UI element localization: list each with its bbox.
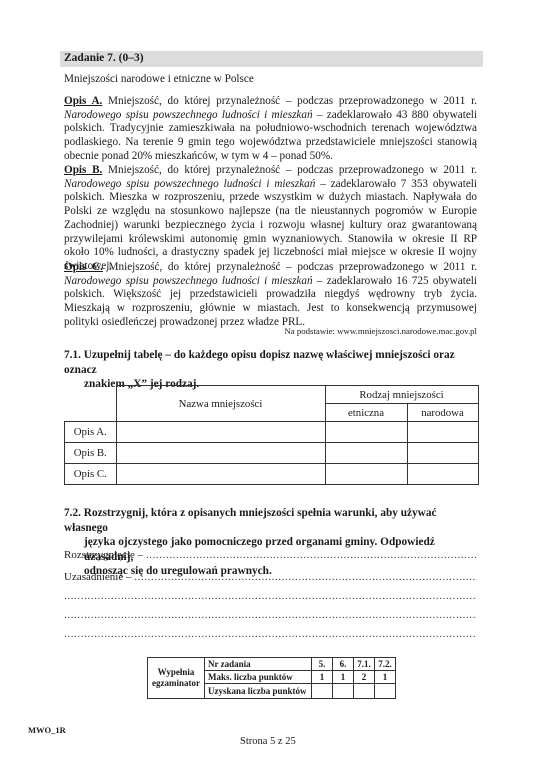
description-a-label: Opis A. [64, 95, 102, 107]
answer-line[interactable]: ........................................… [64, 590, 477, 602]
table-row: Opis A. [65, 422, 479, 443]
description-b-label: Opis B. [64, 164, 102, 176]
name-cell[interactable] [116, 464, 325, 485]
national-cell[interactable] [407, 443, 478, 464]
exam-code: MWO_1R [28, 725, 66, 735]
table-row: Opis C. [65, 464, 479, 485]
ethnic-cell[interactable] [325, 464, 407, 485]
obtained-points-cell[interactable] [312, 684, 333, 699]
national-cell[interactable] [407, 464, 478, 485]
name-cell[interactable] [116, 422, 325, 443]
task-number-label: Nr zadania [205, 658, 312, 671]
col-header-group: Rodzaj mniejszości [325, 386, 478, 404]
ethnic-cell[interactable] [325, 443, 407, 464]
obtained-points-cell[interactable] [354, 684, 375, 699]
row-label: Opis C. [65, 464, 117, 485]
question-7-2: 7.2. Rozstrzygnij, która z opisanych mni… [64, 506, 480, 579]
table-row: Opis B. [65, 443, 479, 464]
col-header-name: Nazwa mniejszości [116, 386, 325, 422]
name-cell[interactable] [116, 443, 325, 464]
max-points-label: Maks. liczba punktów [205, 671, 312, 684]
ethnic-cell[interactable] [325, 422, 407, 443]
page-number: Strona 5 z 25 [240, 736, 296, 747]
national-cell[interactable] [407, 422, 478, 443]
obtained-points-label: Uzyskana liczba punktów [205, 684, 312, 699]
answer-table: Nazwa mniejszości Rodzaj mniejszości etn… [64, 385, 479, 485]
row-label: Opis B. [65, 443, 117, 464]
task-intro: Mniejszości narodowe i etniczne w Polsce [64, 73, 254, 85]
description-c: Opis C. Mniejszość, do której przynależn… [64, 261, 477, 330]
answer-line[interactable]: ........................................… [64, 628, 477, 640]
examiner-label: Wypełnia egzaminator [148, 658, 205, 699]
description-a: Opis A. Mniejszość, do której przynależn… [64, 95, 477, 164]
resolution-answer-line[interactable]: Rozstrzygnięcie – ......................… [64, 549, 477, 561]
obtained-points-cell[interactable] [375, 684, 396, 699]
answer-line[interactable]: ........................................… [64, 609, 477, 621]
row-label: Opis A. [65, 422, 117, 443]
examiner-table: Wypełnia egzaminator Nr zadania 5. 6. 7.… [147, 657, 396, 699]
col-header-national: narodowa [407, 404, 478, 422]
source-citation: Na podstawie: www.mniejszosci.narodowe.m… [284, 326, 477, 336]
description-b: Opis B. Mniejszość, do której przynależn… [64, 164, 477, 274]
task-title: Zadanie 7. (0–3) [64, 52, 144, 64]
justification-answer-line[interactable]: Uzasadnienie – .........................… [64, 571, 477, 583]
obtained-points-cell[interactable] [333, 684, 354, 699]
description-c-label: Opis C. [64, 261, 103, 273]
col-header-ethnic: etniczna [325, 404, 407, 422]
